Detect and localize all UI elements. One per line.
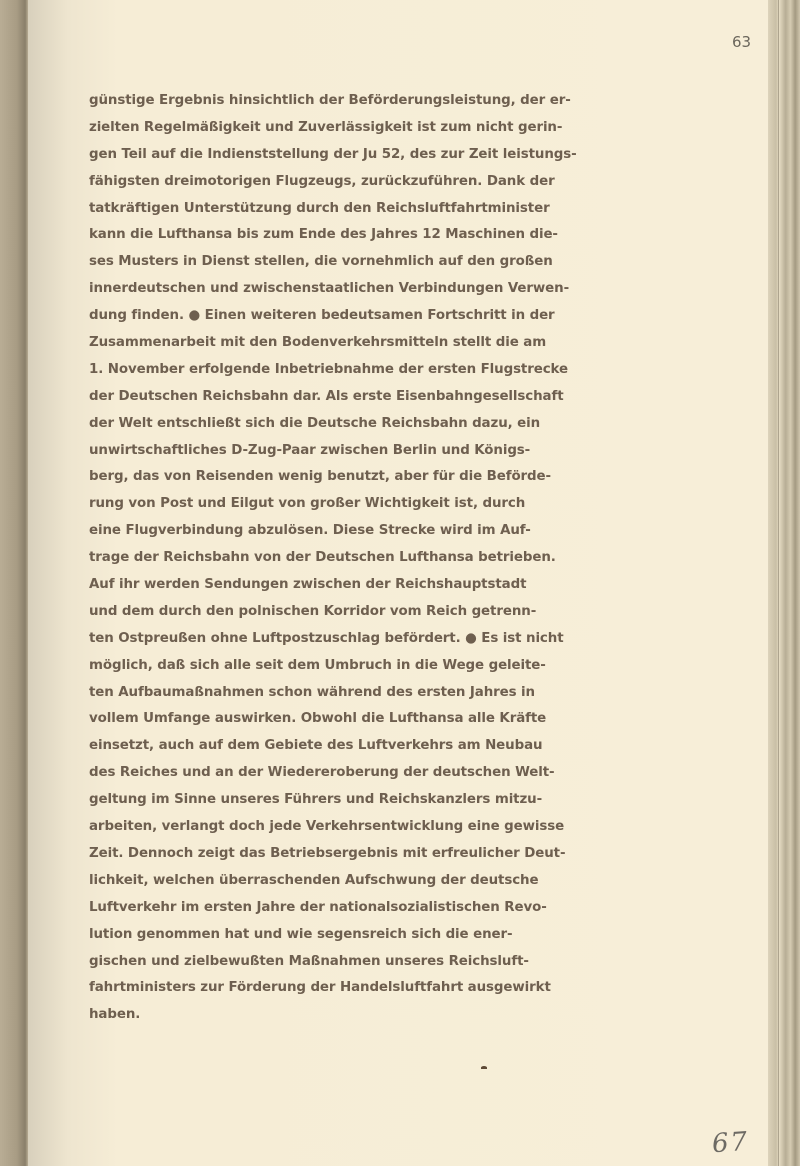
text-line: unwirtschaftliches D-Zug-Paar zwischen B… xyxy=(89,438,495,465)
text-line: der Deutschen Reichsbahn dar. Als erste … xyxy=(89,384,495,411)
text-line: trage der Reichsbahn von der Deutschen L… xyxy=(89,545,495,572)
ink-speck xyxy=(481,1066,487,1069)
page-edge-line xyxy=(778,0,779,1166)
handwritten-annotation: 67 xyxy=(711,1127,750,1160)
text-line: zielten Regelmäßigkeit und Zuverlässigke… xyxy=(89,115,495,142)
text-line: der Welt entschließt sich die Deutsche R… xyxy=(89,411,495,438)
page-number: 63 xyxy=(732,33,751,51)
text-line: tatkräftigen Unterstützung durch den Rei… xyxy=(89,196,495,223)
text-line: gischen und zielbewußten Maßnahmen unser… xyxy=(89,949,495,976)
text-line: rung von Post und Eilgut von großer Wich… xyxy=(89,491,495,518)
text-line: lichkeit, welchen überraschenden Aufschw… xyxy=(89,868,495,895)
text-line: ses Musters in Dienst stellen, die vorne… xyxy=(89,249,495,276)
text-line: vollem Umfange auswirken. Obwohl die Luf… xyxy=(89,706,495,733)
text-line-final: haben. xyxy=(89,1002,495,1029)
text-line: gen Teil auf die Indienststellung der Ju… xyxy=(89,142,495,169)
text-line: 1. November erfolgende Inbetriebnahme de… xyxy=(89,357,495,384)
text-line: kann die Lufthansa bis zum Ende des Jahr… xyxy=(89,222,495,249)
text-line: arbeiten, verlangt doch jede Verkehrsent… xyxy=(89,814,495,841)
text-line: möglich, daß sich alle seit dem Umbruch … xyxy=(89,653,495,680)
text-line: ten Ostpreußen ohne Luftpostzuschlag bef… xyxy=(89,626,495,653)
page-stack-edge xyxy=(768,0,800,1166)
text-line: fahrtministers zur Förderung der Handels… xyxy=(89,975,495,1002)
text-line: und dem durch den polnischen Korridor vo… xyxy=(89,599,495,626)
text-line: Zeit. Dennoch zeigt das Betriebsergebnis… xyxy=(89,841,495,868)
text-line: Auf ihr werden Sendungen zwischen der Re… xyxy=(89,572,495,599)
text-line: ten Aufbaumaßnahmen schon während des er… xyxy=(89,680,495,707)
text-line: eine Flugverbindung abzulösen. Diese Str… xyxy=(89,518,495,545)
text-line: Luftverkehr im ersten Jahre der national… xyxy=(89,895,495,922)
body-text: günstige Ergebnis hinsichtlich der Beför… xyxy=(89,88,495,1029)
text-line: Zusammenarbeit mit den Bodenverkehrsmitt… xyxy=(89,330,495,357)
text-line: einsetzt, auch auf dem Gebiete des Luftv… xyxy=(89,733,495,760)
text-line: des Reiches und an der Wiedereroberung d… xyxy=(89,760,495,787)
text-line: lution genommen hat und wie segensreich … xyxy=(89,922,495,949)
text-line: günstige Ergebnis hinsichtlich der Beför… xyxy=(89,88,495,115)
text-line: berg, das von Reisenden wenig benutzt, a… xyxy=(89,464,495,491)
text-line: geltung im Sinne unseres Führers und Rei… xyxy=(89,787,495,814)
book-gutter xyxy=(0,0,28,1166)
text-line: innerdeutschen und zwischenstaatlichen V… xyxy=(89,276,495,303)
text-line: fähigsten dreimotorigen Flugzeugs, zurüc… xyxy=(89,169,495,196)
text-line: dung finden. ● Einen weiteren bedeutsame… xyxy=(89,303,495,330)
